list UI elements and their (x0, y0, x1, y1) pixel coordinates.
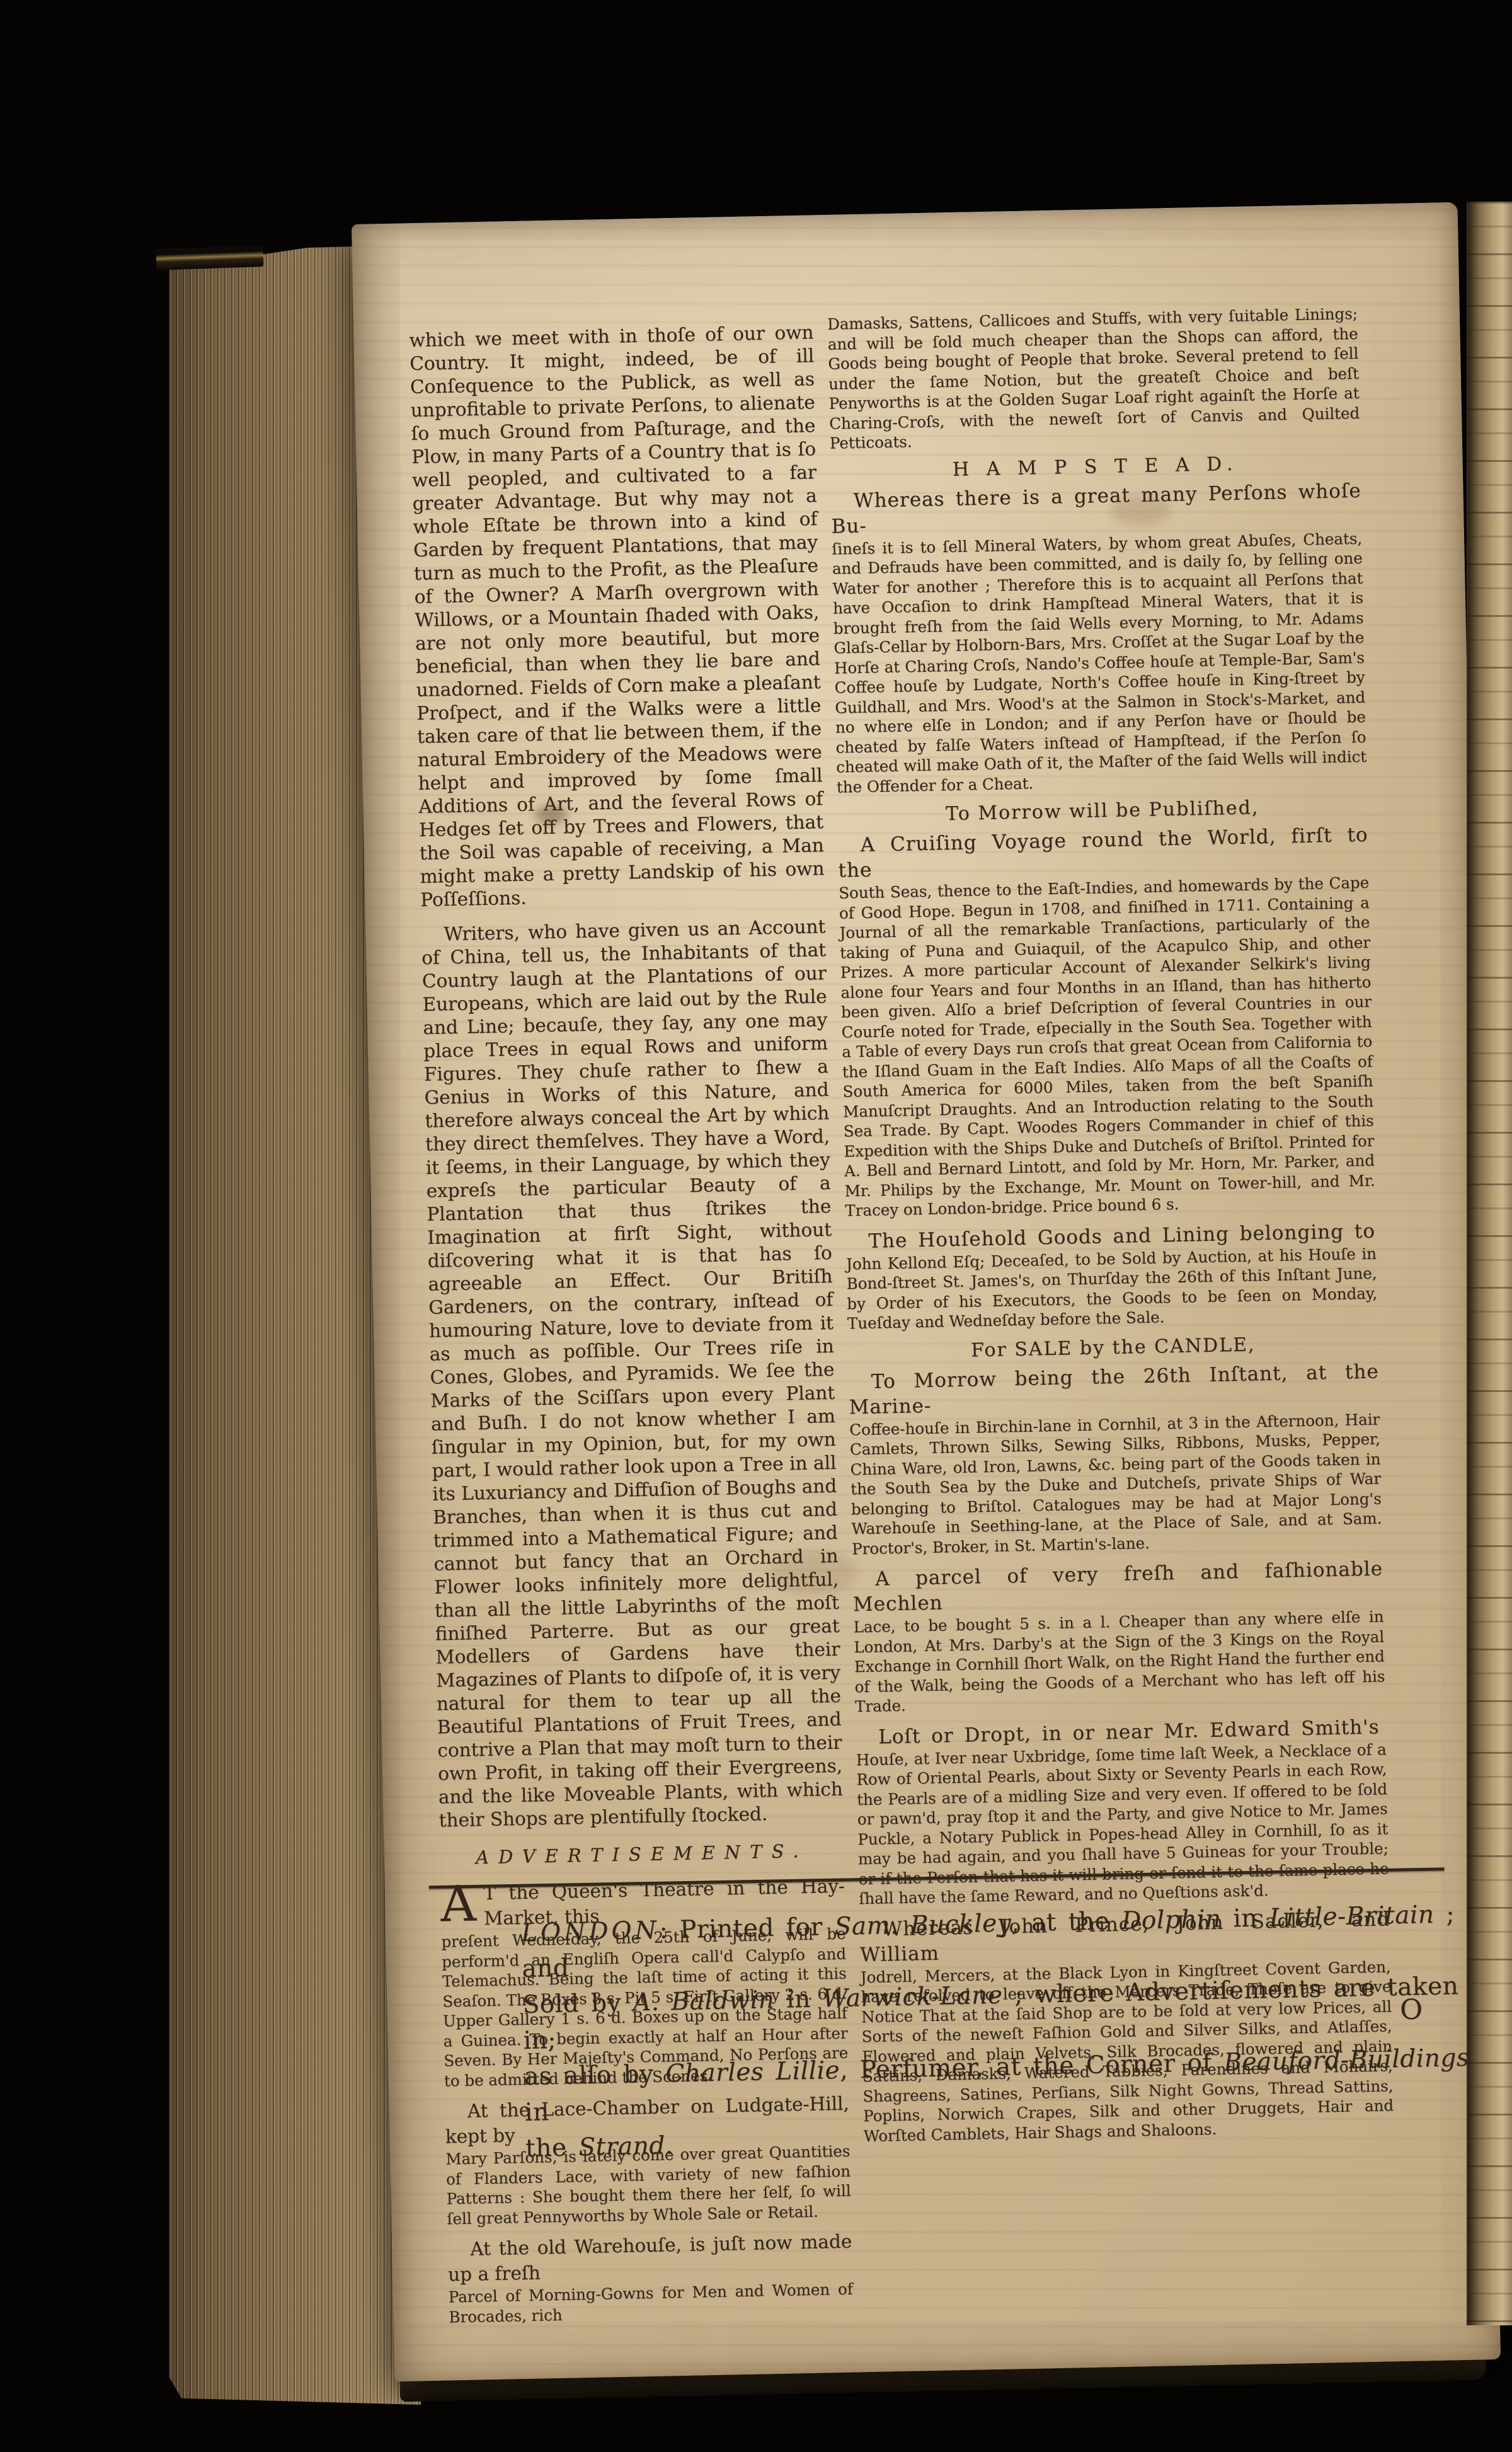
colophon-text-run: Dolphin (1121, 1905, 1222, 1935)
colophon-text-run: in (525, 2098, 549, 2127)
colophon-text-run: Beauford-Buildings (1223, 2044, 1470, 2077)
colophon-text-run: in (1221, 1904, 1269, 1933)
book-photograph: which we meet with in thoſe of our own C… (0, 0, 1512, 2452)
book-page-edges-right (1467, 202, 1512, 2325)
colophon-text-run: , at the (1011, 1907, 1122, 1938)
colophon-text-run: Little-Britain (1269, 1901, 1435, 1932)
colophon-text-run: Sold by (522, 1989, 633, 2020)
signature-mark: O (1399, 1991, 1423, 2028)
colophon-text-run: Strand (578, 2132, 665, 2162)
ad-hampstead-body: ſineſs it is to ſell Mineral Waters, by … (832, 528, 1367, 797)
ad-old-warehouse-lead: At the old Warehouſe, is juſt now made u… (447, 2229, 852, 2288)
colophon-text-run: A. Baldwin (633, 1986, 775, 2017)
sale-by-candle-header: For SALE by the CANDLE, (848, 1331, 1379, 1364)
ad-lost-necklace-body: Houſe, at Iver near Uxbridge, ſome time … (856, 1739, 1390, 1909)
ad-cruising-voyage-body: South Seas, thence to the Eaſt-Indies, a… (839, 873, 1376, 1221)
ad-old-warehouse-body: Parcel of Morning-Gowns for Men and Wome… (449, 2279, 854, 2327)
colophon-text-run: LONDON (521, 1916, 660, 1947)
colophon-text-run: Sam. Buckley (834, 1909, 1011, 1941)
hampstead-header: H A M P S T E A D. (830, 450, 1361, 483)
colophon-text-run: : Printed for (659, 1913, 835, 1945)
ad-candle-auction-body: Coffee-houſe in Birchin-lane in Cornhil,… (849, 1409, 1382, 1558)
ad-household-goods: The Houſehold Goods and Lining belonging… (845, 1218, 1378, 1333)
ad-hampstead-waters: Whereas there is a great many Perſons wh… (830, 478, 1367, 797)
colophon-text-run: Warwick-Lane (822, 1981, 1003, 2013)
colophon-text-run: in (774, 1985, 823, 2015)
colophon-text-run: as alſo by (524, 2060, 665, 2091)
ad-old-warehouse: At the old Warehouſe, is juſt now made u… (447, 2229, 854, 2327)
colophon-text-run: Charles Lillie (665, 2056, 840, 2088)
ad-candle-auction: To Morrow being the 26th Inſtant, at the… (848, 1359, 1382, 1558)
colophon: LONDON: Printed for Sam. Buckley, at the… (521, 1896, 1494, 2167)
colophon-text-run: the (525, 2133, 579, 2163)
colophon-text-run: . (665, 2131, 673, 2160)
ad-cruising-voyage: A Cruiſing Voyage round the World, firſt… (837, 822, 1375, 1221)
paragraph-damasks: Damasks, Sattens, Callicoes and Stuffs, … (827, 304, 1360, 453)
paragraph-writers-china: Writers, who have given us an Account of… (421, 915, 844, 1833)
ad-mechlen-lace: A parcel of very freſh and faſhionable M… (852, 1557, 1386, 1717)
colophon-text-run: , Perfumer, at the Corner of (840, 2049, 1224, 2085)
newspaper-page: which we meet with in thoſe of our own C… (352, 202, 1501, 2382)
book-cover-gilt-edge (156, 245, 263, 270)
paragraph-own-country: which we meet with in thoſe of our own C… (409, 321, 825, 912)
ad-mechlen-lace-body: Lace, to be bought 5 s. in a l. Cheaper … (853, 1607, 1385, 1717)
ad-household-goods-body: John Kellond Eſq; Deceaſed, to be Sold b… (846, 1243, 1378, 1333)
published-tomorrow-header: To Morrow will be Publiſhed, (837, 795, 1368, 827)
advertisements-header: ADVERTISEMENTS. (440, 1839, 845, 1869)
